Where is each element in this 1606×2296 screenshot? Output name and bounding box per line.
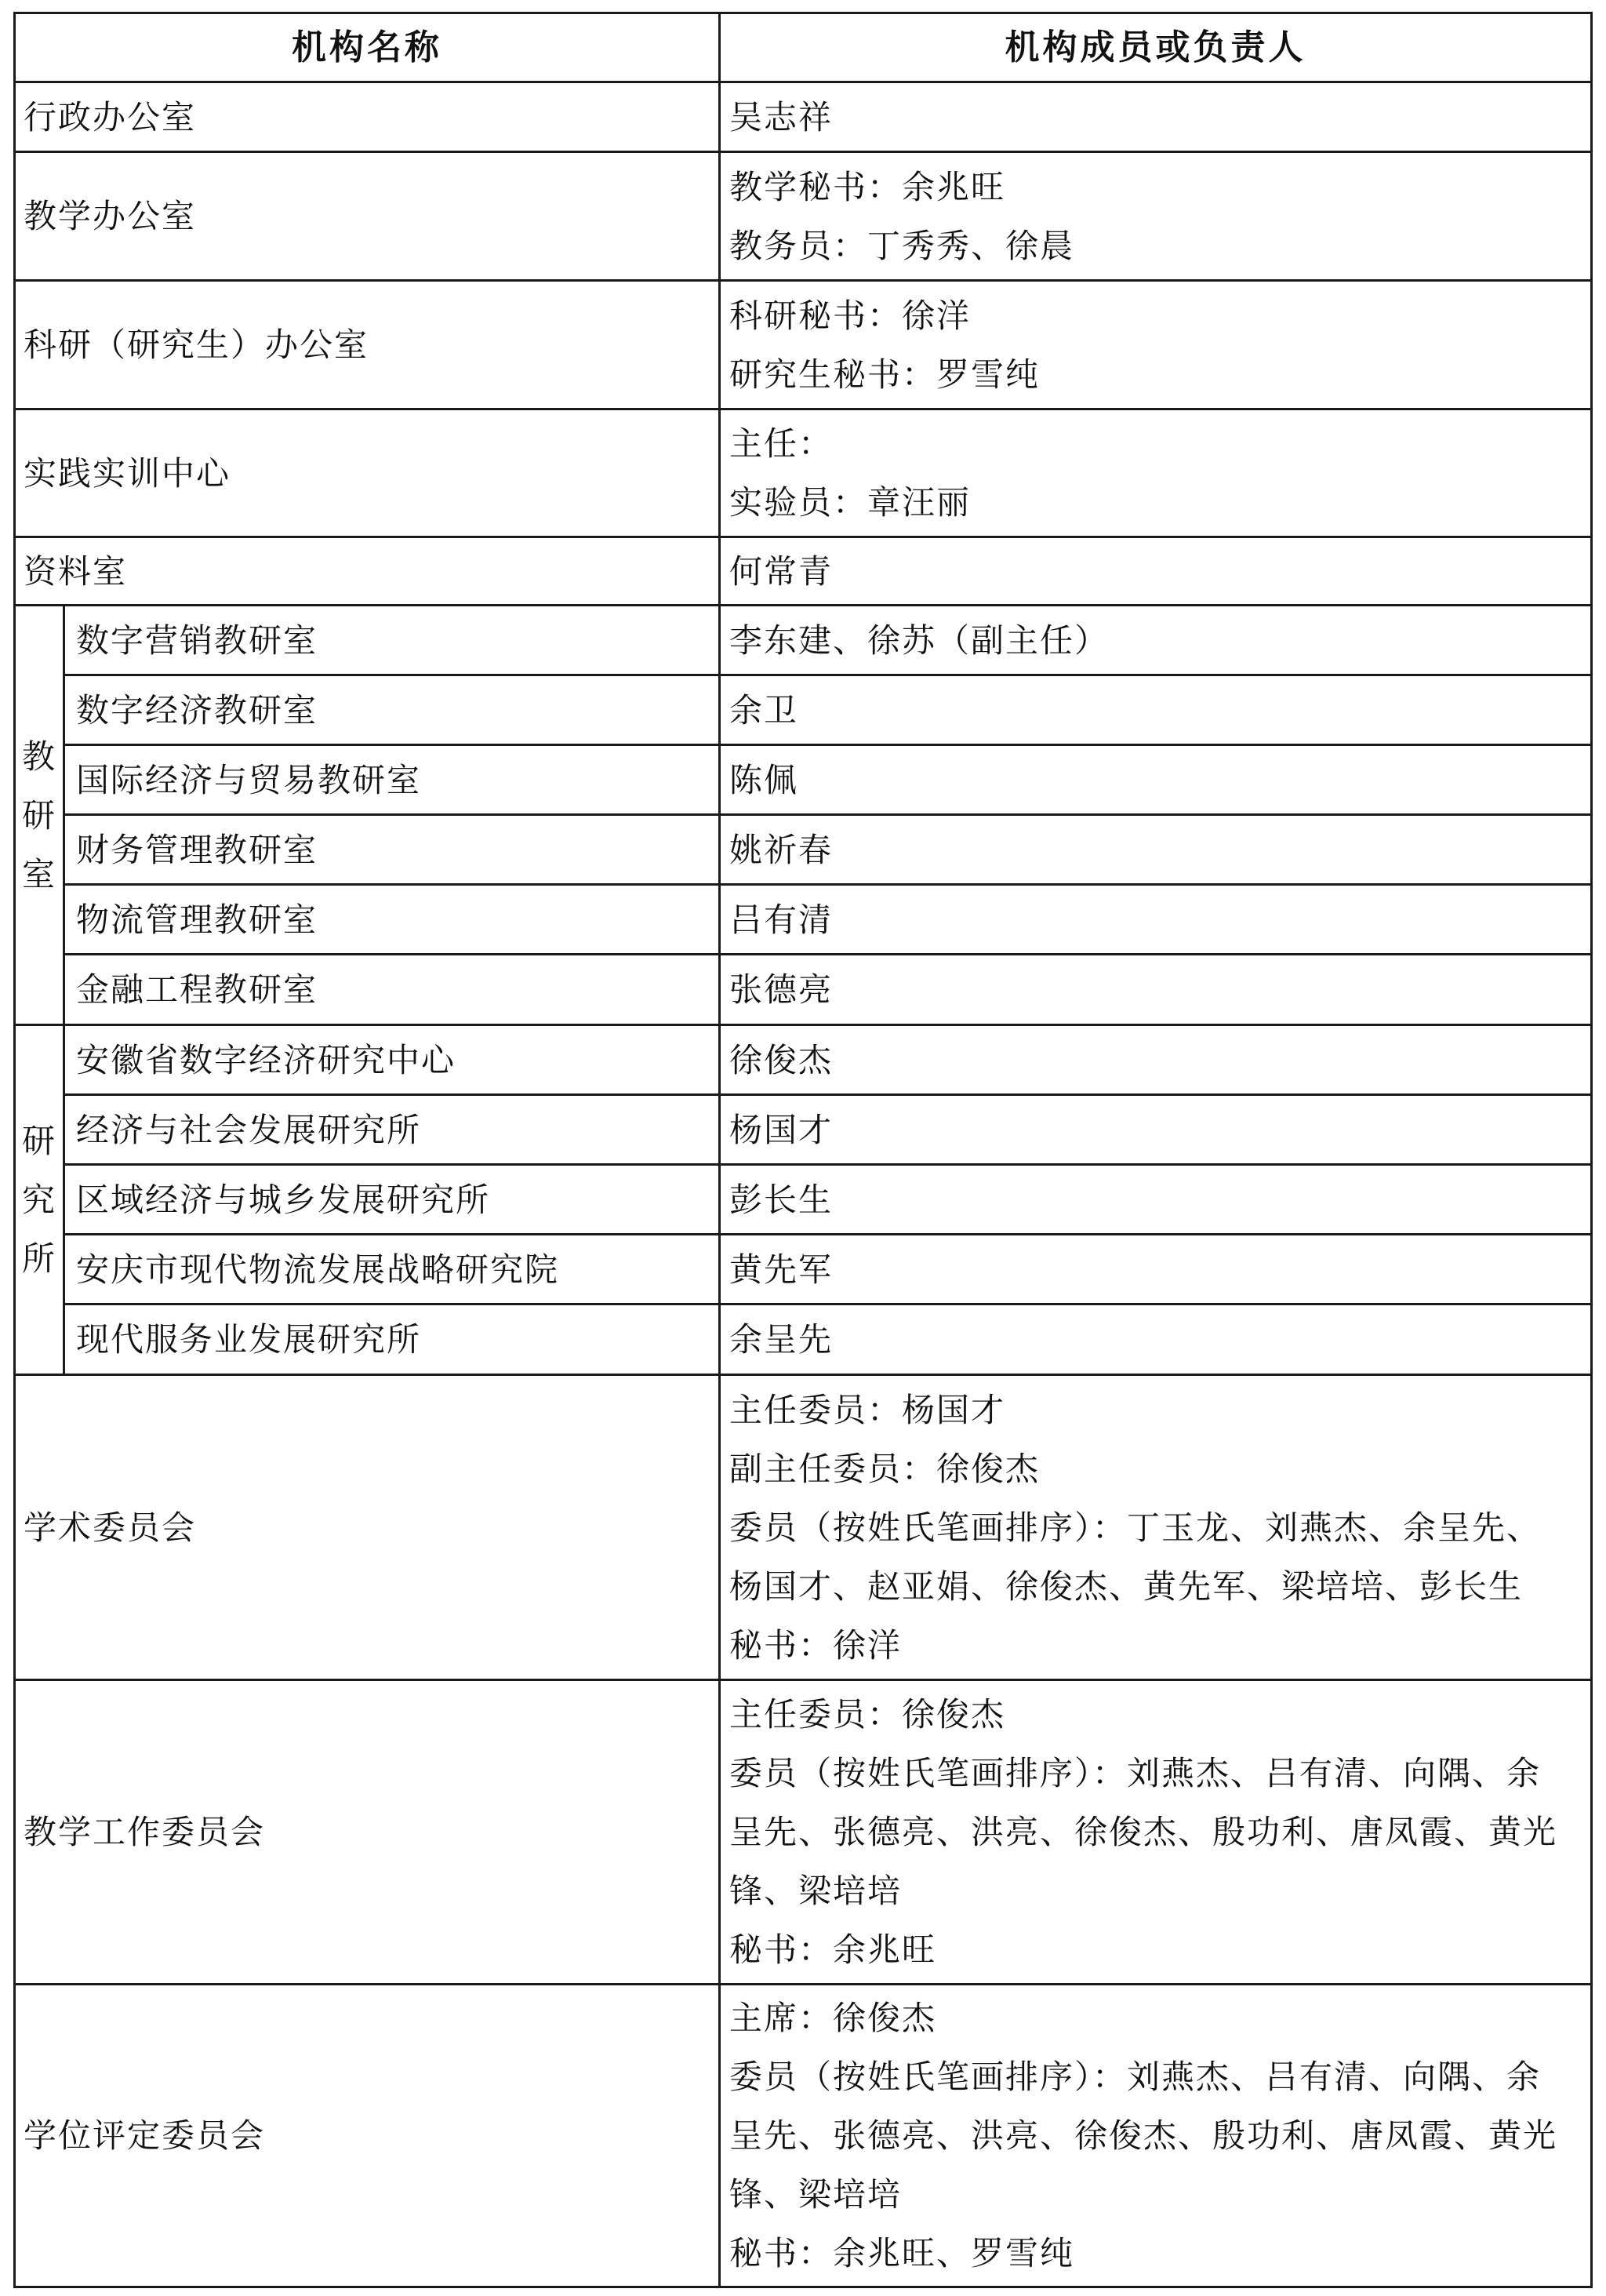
member-line: 副主任委员：徐俊杰 <box>729 1439 1040 1498</box>
header-members: 机构成员或负责人 <box>721 14 1590 81</box>
member-line: 锋、梁培培 <box>729 2165 902 2224</box>
teaching-research-name: 物流管理教研室 <box>65 886 718 953</box>
member-line: 科研秘书：徐洋 <box>729 286 971 345</box>
organization-table: 机构名称 机构成员或负责人 行政办公室 吴志祥 教学办公室 教学秘书：余兆旺 教… <box>13 12 1593 2288</box>
teaching-research-members: 李东建、徐苏（副主任） <box>721 606 1590 674</box>
office-members: 吴志祥 <box>721 83 1590 151</box>
office-name: 行政办公室 <box>16 83 718 151</box>
research-institute-name: 现代服务业发展研究所 <box>65 1305 718 1374</box>
teaching-research-name: 数字营销教研室 <box>65 606 718 674</box>
committee-name: 教学工作委员会 <box>16 1681 718 1983</box>
member-line: 主任委员：徐俊杰 <box>729 1685 1005 1744</box>
member-line: 锋、梁培培 <box>729 1861 902 1920</box>
research-institute-members: 彭长生 <box>721 1166 1590 1233</box>
member-line: 主席：徐俊杰 <box>729 1989 936 2047</box>
teaching-research-members: 陈佩 <box>721 746 1590 813</box>
research-institute-name: 安徽省数字经济研究中心 <box>65 1026 718 1093</box>
office-members: 教学秘书：余兆旺 教务员：丁秀秀、徐晨 <box>721 153 1590 279</box>
member-line: 实验员：章汪丽 <box>729 473 971 532</box>
member-line: 教学秘书：余兆旺 <box>729 158 1005 217</box>
member-line: 呈先、张德亮、洪亮、徐俊杰、殷功利、唐凤霞、黄光 <box>729 2106 1557 2165</box>
member-line: 何常青 <box>729 542 833 601</box>
research-institute-name: 经济与社会发展研究所 <box>65 1096 718 1163</box>
member-line: 呈先、张德亮、洪亮、徐俊杰、殷功利、唐凤霞、黄光 <box>729 1803 1557 1861</box>
committee-name: 学位评定委员会 <box>16 1985 718 2286</box>
teaching-research-members: 余卫 <box>721 676 1590 744</box>
teaching-research-name: 财务管理教研室 <box>65 816 718 883</box>
research-institute-members: 杨国才 <box>721 1096 1590 1163</box>
office-members: 何常青 <box>721 538 1590 604</box>
teaching-research-members: 张德亮 <box>721 955 1590 1024</box>
teaching-research-members: 姚祈春 <box>721 816 1590 883</box>
research-institute-members: 余呈先 <box>721 1305 1590 1374</box>
office-name: 教学办公室 <box>16 153 718 279</box>
office-members: 主任： 实验员：章汪丽 <box>721 410 1590 536</box>
member-line: 秘书：余兆旺 <box>729 1920 936 1979</box>
member-line: 教务员：丁秀秀、徐晨 <box>729 217 1074 275</box>
teaching-research-name: 国际经济与贸易教研室 <box>65 746 718 813</box>
committee-name: 学术委员会 <box>16 1376 718 1679</box>
member-line: 研究生秘书：罗雪纯 <box>729 345 1040 404</box>
member-line: 主任： <box>729 414 833 473</box>
member-line: 杨国才、赵亚娟、徐俊杰、黄先军、梁培培、彭长生 <box>729 1557 1523 1616</box>
research-institute-name: 安庆市现代物流发展战略研究院 <box>65 1235 718 1303</box>
teaching-research-name: 数字经济教研室 <box>65 676 718 744</box>
office-name: 科研（研究生）办公室 <box>16 282 718 408</box>
office-name: 资料室 <box>16 538 718 604</box>
member-line: 秘书：徐洋 <box>729 1616 902 1675</box>
committee-members: 主席：徐俊杰 委员（按姓氏笔画排序）：刘燕杰、吕有清、向隅、余 呈先、张德亮、洪… <box>721 1985 1590 2286</box>
member-line: 秘书：余兆旺、罗雪纯 <box>729 2224 1074 2283</box>
committee-members: 主任委员：徐俊杰 委员（按姓氏笔画排序）：刘燕杰、吕有清、向隅、余 呈先、张德亮… <box>721 1681 1590 1983</box>
member-line: 吴志祥 <box>729 88 833 147</box>
research-institute-members: 徐俊杰 <box>721 1026 1590 1093</box>
header-org-name: 机构名称 <box>16 14 718 81</box>
member-line: 委员（按姓氏笔画排序）：丁玉龙、刘燕杰、余呈先、 <box>729 1498 1541 1557</box>
member-line: 委员（按姓氏笔画排序）：刘燕杰、吕有清、向隅、余 <box>729 2047 1541 2106</box>
teaching-research-members: 吕有清 <box>721 886 1590 953</box>
research-institute-name: 区域经济与城乡发展研究所 <box>65 1166 718 1233</box>
member-line: 委员（按姓氏笔画排序）：刘燕杰、吕有清、向隅、余 <box>729 1744 1541 1803</box>
office-name: 实践实训中心 <box>16 410 718 536</box>
member-line: 主任委员：杨国才 <box>729 1381 1005 1439</box>
research-institute-members: 黄先军 <box>721 1235 1590 1303</box>
committee-members: 主任委员：杨国才 副主任委员：徐俊杰 委员（按姓氏笔画排序）：丁玉龙、刘燕杰、余… <box>721 1376 1590 1679</box>
office-members: 科研秘书：徐洋 研究生秘书：罗雪纯 <box>721 282 1590 408</box>
group-label-teaching-research: 教 研 室 <box>16 606 63 1024</box>
group-label-research-institutes: 研 究 所 <box>16 1026 63 1374</box>
teaching-research-name: 金融工程教研室 <box>65 955 718 1024</box>
